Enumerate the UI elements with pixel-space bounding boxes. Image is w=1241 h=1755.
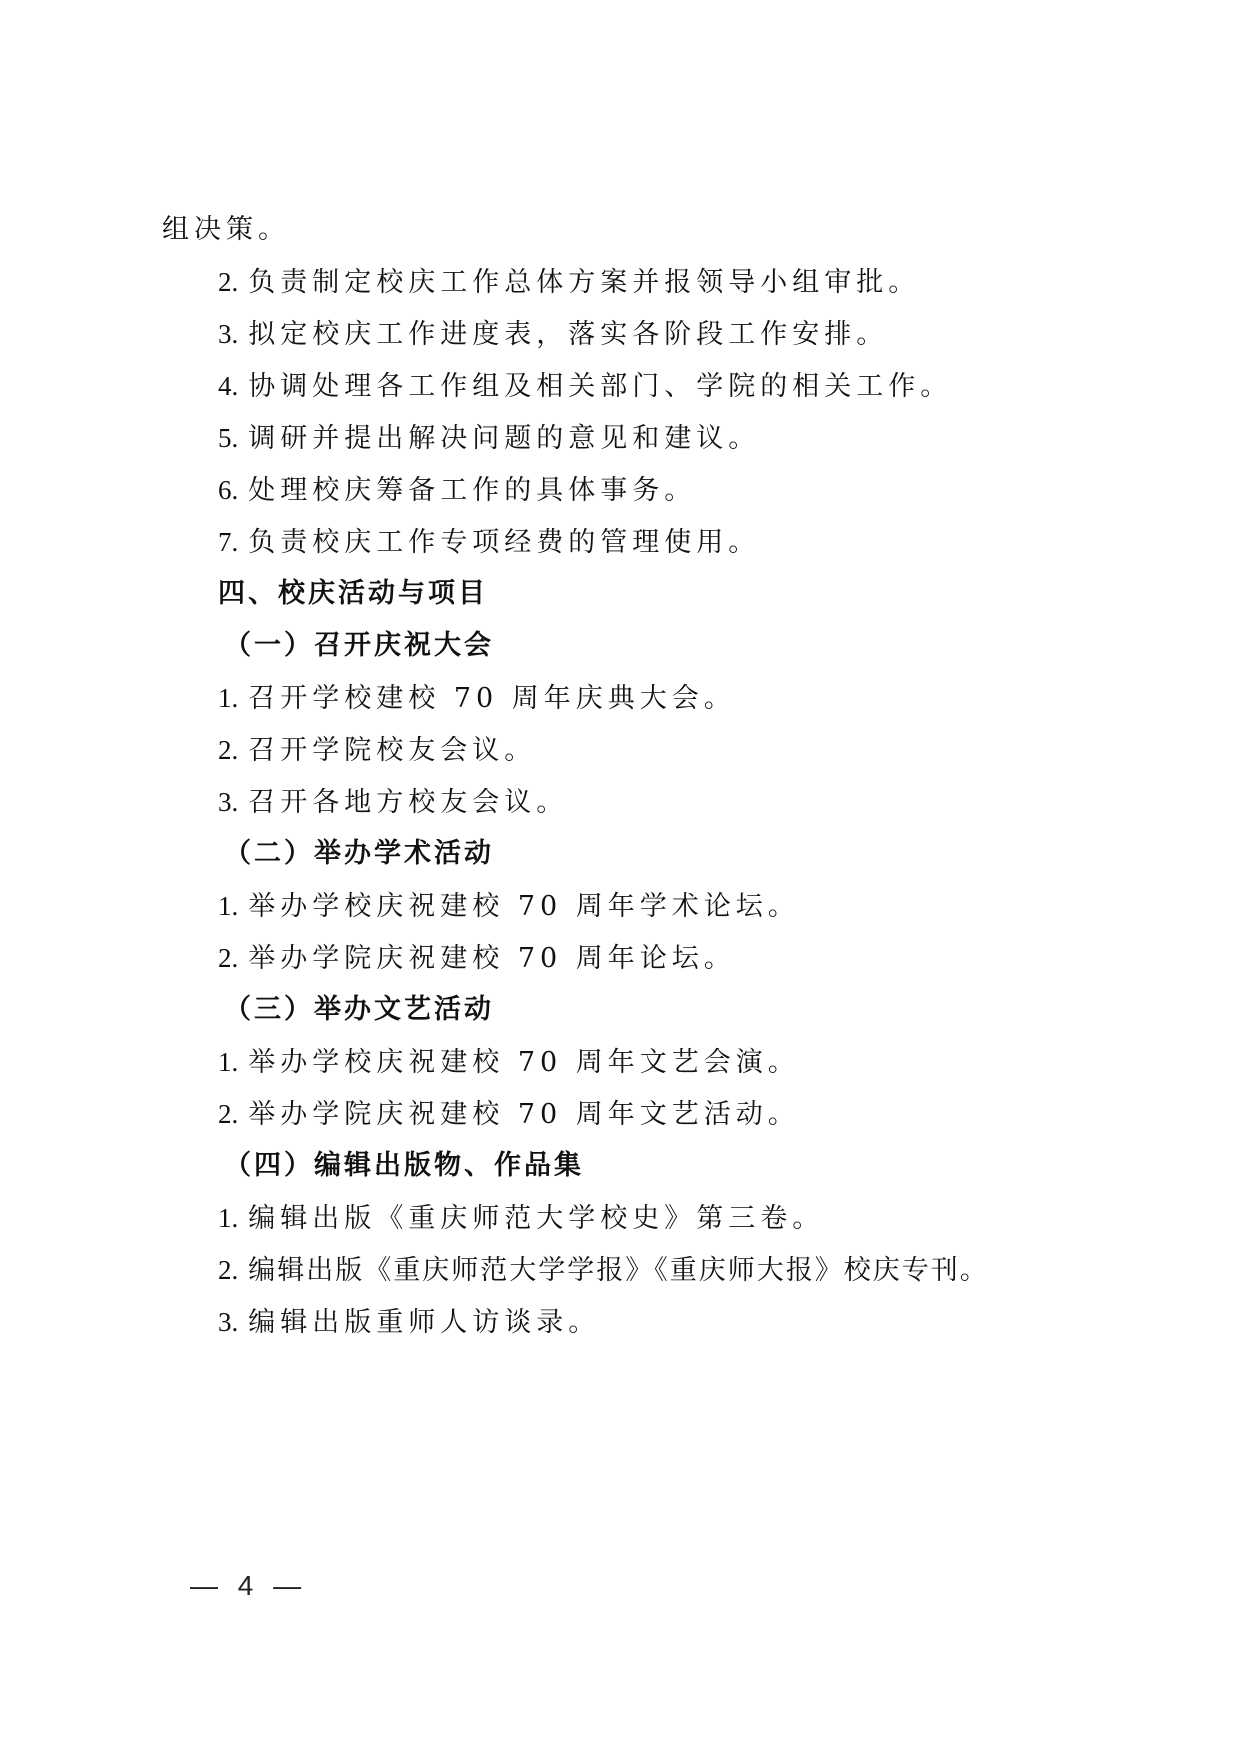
list-item: 2.负责制定校庆工作总体方案并报领导小组审批。 — [218, 262, 920, 303]
list-item: 3.编辑出版重师人访谈录。 — [218, 1302, 600, 1343]
subsection-heading: （四）编辑出版物、作品集 — [224, 1146, 584, 1186]
item-number: 4. — [218, 371, 238, 401]
item-number: 1. — [218, 1203, 238, 1233]
list-item: 2.举办学院庆祝建校 70 周年文艺活动。 — [218, 1094, 800, 1135]
list-item: 1.编辑出版《重庆师范大学校史》第三卷。 — [218, 1198, 824, 1239]
item-number: 3. — [218, 787, 238, 817]
continuation-text: 组决策。 — [162, 210, 290, 250]
list-item: 2.召开学院校友会议。 — [218, 730, 536, 771]
item-text: 召开学校建校 70 周年庆典大会。 — [248, 683, 736, 714]
list-item: 6.处理校庆筹备工作的具体事务。 — [218, 470, 696, 511]
item-text: 举办学校庆祝建校 70 周年文艺会演。 — [248, 1047, 800, 1078]
item-text: 编辑出版《重庆师范大学校史》第三卷。 — [248, 1203, 824, 1234]
list-item: 7.负责校庆工作专项经费的管理使用。 — [218, 522, 760, 563]
item-text: 调研并提出解决问题的意见和建议。 — [248, 423, 760, 454]
item-number: 2. — [218, 1255, 238, 1285]
list-item: 1.举办学校庆祝建校 70 周年文艺会演。 — [218, 1042, 800, 1083]
item-text: 举办学院庆祝建校 70 周年论坛。 — [248, 943, 736, 974]
list-item: 2.举办学院庆祝建校 70 周年论坛。 — [218, 938, 736, 979]
list-item: 3.拟定校庆工作进度表，落实各阶段工作安排。 — [218, 314, 888, 355]
item-number: 7. — [218, 527, 238, 557]
item-text: 编辑出版《重庆师范大学学报》《重庆师大报》校庆专刊。 — [248, 1255, 989, 1286]
item-number: 2. — [218, 267, 238, 297]
list-item: 2.编辑出版《重庆师范大学学报》《重庆师大报》校庆专刊。 — [218, 1250, 989, 1291]
item-number: 6. — [218, 475, 238, 505]
item-text: 举办学院庆祝建校 70 周年文艺活动。 — [248, 1099, 800, 1130]
item-text: 负责制定校庆工作总体方案并报领导小组审批。 — [248, 267, 920, 298]
item-text: 编辑出版重师人访谈录。 — [248, 1307, 600, 1338]
item-text: 拟定校庆工作进度表，落实各阶段工作安排。 — [248, 319, 888, 350]
item-number: 1. — [218, 891, 238, 921]
item-number: 3. — [218, 1307, 238, 1337]
section-heading: 四、校庆活动与项目 — [218, 574, 488, 614]
list-item: 5.调研并提出解决问题的意见和建议。 — [218, 418, 760, 459]
document-page: 组决策。 2.负责制定校庆工作总体方案并报领导小组审批。 3.拟定校庆工作进度表… — [0, 0, 1241, 1755]
list-item: 1.举办学校庆祝建校 70 周年学术论坛。 — [218, 886, 800, 927]
item-number: 2. — [218, 735, 238, 765]
subsection-heading: （三）举办文艺活动 — [224, 990, 494, 1030]
list-item: 3.召开各地方校友会议。 — [218, 782, 568, 823]
page-number: — 4 — — [190, 1568, 307, 1604]
item-number: 2. — [218, 1099, 238, 1129]
subsection-heading: （二）举办学术活动 — [224, 834, 494, 874]
item-text: 负责校庆工作专项经费的管理使用。 — [248, 527, 760, 558]
item-text: 处理校庆筹备工作的具体事务。 — [248, 475, 696, 506]
item-number: 1. — [218, 1047, 238, 1077]
list-item: 1.召开学校建校 70 周年庆典大会。 — [218, 678, 736, 719]
item-number: 2. — [218, 943, 238, 973]
item-text: 召开各地方校友会议。 — [248, 787, 568, 818]
list-item: 4.协调处理各工作组及相关部门、学院的相关工作。 — [218, 366, 952, 407]
item-text: 召开学院校友会议。 — [248, 735, 536, 766]
item-text: 协调处理各工作组及相关部门、学院的相关工作。 — [248, 371, 952, 402]
item-number: 5. — [218, 423, 238, 453]
item-number: 3. — [218, 319, 238, 349]
item-number: 1. — [218, 683, 238, 713]
subsection-heading: （一）召开庆祝大会 — [224, 626, 494, 666]
item-text: 举办学校庆祝建校 70 周年学术论坛。 — [248, 891, 800, 922]
